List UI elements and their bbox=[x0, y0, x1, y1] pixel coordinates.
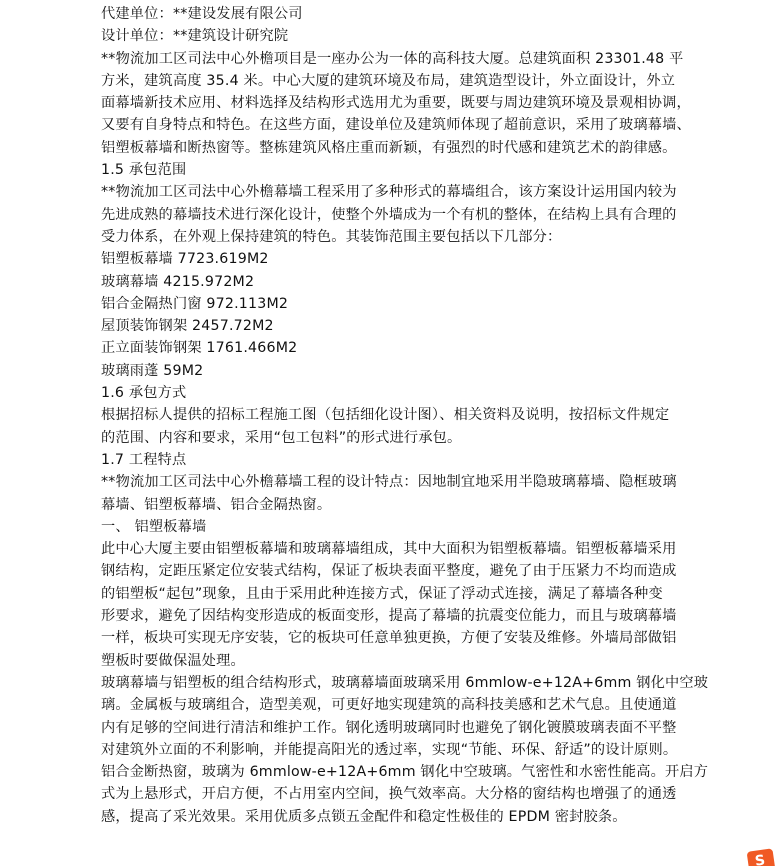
agent-unit-line: 代建单位：**建设发展有限公司 bbox=[101, 3, 713, 25]
scope-item: 铝合金隔热门窗 972.113M2 bbox=[101, 293, 713, 315]
scope-item: 玻璃幕墙 4215.972M2 bbox=[101, 271, 713, 293]
paragraph-line: 根据招标人提供的招标工程施工图（包括细化设计图）、相关资料及说明，按招标文件规定 bbox=[101, 404, 713, 426]
paragraph-line: **物流加工区司法中心外檐幕墙工程的设计特点：因地制宜地采用半隐玻璃幕墙、隐框玻… bbox=[101, 471, 713, 493]
paragraph-line: 感，提高了采光效果。采用优质多点锁五金配件和稳定性极佳的 EPDM 密封胶条。 bbox=[101, 806, 713, 828]
paragraph-line: 玻璃幕墙与铝塑板的组合结构形式，玻璃幕墙面玻璃采用 6mmlow-e+12A+6… bbox=[101, 672, 713, 694]
paragraph-line: 式为上悬形式，开启方便，不占用室内空间，换气效率高。大分格的窗结构也增强了的通透 bbox=[101, 783, 713, 805]
paragraph-line: 先进成熟的幕墙技术进行深化设计，使整个外墙成为一个有机的整体，在结构上具有合理的 bbox=[101, 204, 713, 226]
paragraph-line: 塑板时要做保温处理。 bbox=[101, 650, 713, 672]
scope-item: 屋顶装饰钢架 2457.72M2 bbox=[101, 315, 713, 337]
paragraph-line: 的铝塑板“起包”现象，且由于采用此种连接方式，保证了浮动式连接，满足了幕墙各种变 bbox=[101, 583, 713, 605]
section-heading-1-6: 1.6 承包方式 bbox=[101, 382, 713, 404]
paragraph-line: 铝合金断热窗，玻璃为 6mmlow-e+12A+6mm 钢化中空玻璃。气密性和水… bbox=[101, 761, 713, 783]
paragraph-line: 又要有自身特点和特色。在这些方面，建设单位及建筑师体现了超前意识，采用了玻璃幕墙… bbox=[101, 114, 713, 136]
paragraph-line: 钢结构，定距压紧定位安装式结构，保证了板块表面平整度，避免了由于压紧力不均而造成 bbox=[101, 560, 713, 582]
watermark-glyph: S bbox=[754, 853, 766, 866]
paragraph-line: **物流加工区司法中心外檐项目是一座办公为一体的高科技大厦。总建筑面积 2330… bbox=[101, 48, 713, 70]
paragraph-line: 对建筑外立面的不利影响，并能提高阳光的透过率，实现“节能、环保、舒适”的设计原则… bbox=[101, 739, 713, 761]
paragraph-line: 的范围、内容和要求，采用“包工包料”的形式进行承包。 bbox=[101, 427, 713, 449]
subsection-heading: 一、 铝塑板幕墙 bbox=[101, 516, 713, 538]
paragraph-line: 幕墙、铝塑板幕墙、铝合金隔热窗。 bbox=[101, 494, 713, 516]
paragraph-line: 一样，板块可实现无序安装，它的板块可任意单独更换，方便了安装及维修。外墙局部做铝 bbox=[101, 627, 713, 649]
scope-item: 玻璃雨蓬 59M2 bbox=[101, 360, 713, 382]
paragraph-line: 铝塑板幕墙和断热窗等。整栋建筑风格庄重而新颖，有强烈的时代感和建筑艺术的韵律感。 bbox=[101, 137, 713, 159]
scope-item: 正立面装饰钢架 1761.466M2 bbox=[101, 337, 713, 359]
section-heading-1-5: 1.5 承包范围 bbox=[101, 159, 713, 181]
scope-item: 铝塑板幕墙 7723.619M2 bbox=[101, 248, 713, 270]
paragraph-line: 内有足够的空间进行清洁和维护工作。钢化透明玻璃同时也避免了钢化镀膜玻璃表面不平整 bbox=[101, 717, 713, 739]
paragraph-line: 璃。金属板与玻璃组合，造型美观，可更好地实现建筑的高科技美感和艺术气息。且使通道 bbox=[101, 694, 713, 716]
paragraph-line: 方米，建筑高度 35.4 米。中心大厦的建筑环境及布局，建筑造型设计，外立面设计… bbox=[101, 70, 713, 92]
paragraph-line: **物流加工区司法中心外檐幕墙工程采用了多种形式的幕墙组合，该方案设计运用国内较… bbox=[101, 181, 713, 203]
design-unit-line: 设计单位：**建筑设计研究院 bbox=[101, 25, 713, 47]
watermark-logo-icon: S bbox=[747, 848, 776, 866]
section-heading-1-7: 1.7 工程特点 bbox=[101, 449, 713, 471]
paragraph-line: 受力体系，在外观上保持建筑的特色。其装饰范围主要包括以下几部分： bbox=[101, 226, 713, 248]
document-body: 代建单位：**建设发展有限公司 设计单位：**建筑设计研究院 **物流加工区司法… bbox=[101, 3, 713, 828]
paragraph-line: 形要求，避免了因结构变形造成的板面变形，提高了幕墙的抗震变位能力，而且与玻璃幕墙 bbox=[101, 605, 713, 627]
paragraph-line: 面幕墙新技术应用、材料选择及结构形式选用尤为重要，既要与周边建筑环境及景观相协调… bbox=[101, 92, 713, 114]
paragraph-line: 此中心大厦主要由铝塑板幕墙和玻璃幕墙组成，其中大面积为铝塑板幕墙。铝塑板幕墙采用 bbox=[101, 538, 713, 560]
